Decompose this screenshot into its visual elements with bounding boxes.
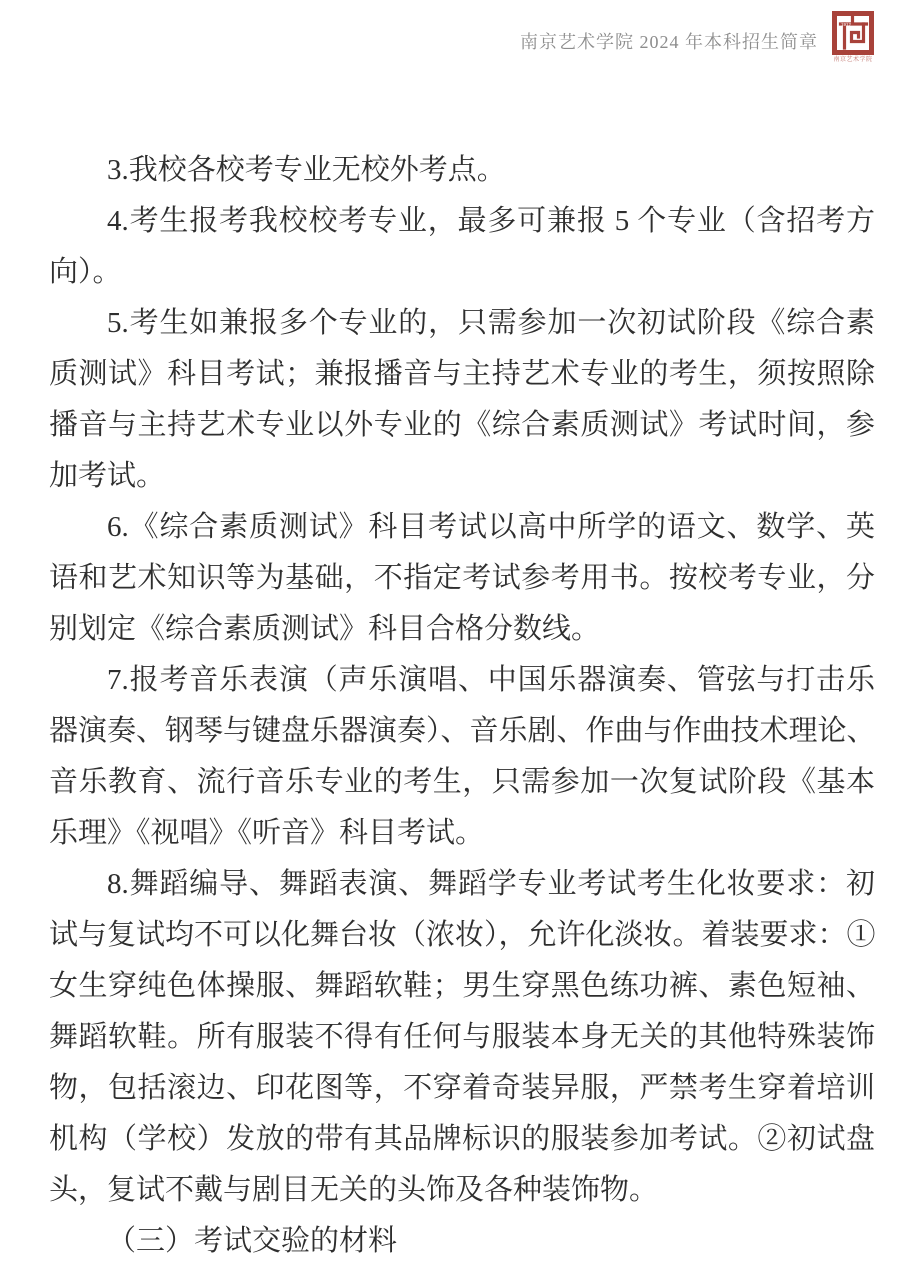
document-page: 南京艺术学院 2024 年本科招生简章 1912 南京艺术学院 3.我校各校考专… <box>0 0 924 1285</box>
text-line: 舞蹈软鞋。所有服装不得有任何与服装本身无关的其他特殊装饰 <box>49 1012 875 1063</box>
university-logo: 1912 南京艺术学院 <box>831 11 875 64</box>
text-line: 女生穿纯色体操服、舞蹈软鞋；男生穿黑色练功裤、素色短袖、 <box>49 961 875 1012</box>
text-line: （三）考试交验的材料 <box>49 1216 875 1267</box>
text-line: 试与复试均不可以化舞台妆（浓妆），允许化淡妆。着装要求：① <box>49 910 875 961</box>
text-line: 6.《综合素质测试》科目考试以高中所学的语文、数学、英 <box>49 502 875 553</box>
text-line: 机构（学校）发放的带有其品牌标识的服装参加考试。②初试盘 <box>49 1114 875 1165</box>
text-line: 音乐教育、流行音乐专业的考生，只需参加一次复试阶段《基本 <box>49 757 875 808</box>
page-header: 南京艺术学院 2024 年本科招生简章 1912 南京艺术学院 <box>520 11 875 64</box>
university-logo-caption: 南京艺术学院 <box>833 56 872 64</box>
text-line: 语和艺术知识等为基础，不指定考试参考用书。按校考专业，分 <box>49 553 875 604</box>
text-line: 加考试。 <box>49 451 875 502</box>
text-line: 3.我校各校考专业无校外考点。 <box>49 145 875 196</box>
text-line: 物，包括滚边、印花图等，不穿着奇装异服，严禁考生穿着培训 <box>49 1063 875 1114</box>
text-line: 4.考生报考我校校考专业，最多可兼报 5 个专业（含招考方 <box>49 196 875 247</box>
university-seal-icon: 1912 <box>832 11 874 55</box>
text-line: 向）。 <box>49 247 875 298</box>
text-line: 7.报考音乐表演（声乐演唱、中国乐器演奏、管弦与打击乐 <box>49 655 875 706</box>
document-body: 3.我校各校考专业无校外考点。4.考生报考我校校考专业，最多可兼报 5 个专业（… <box>49 145 875 1267</box>
text-line: 器演奏、钢琴与键盘乐器演奏）、音乐剧、作曲与作曲技术理论、 <box>49 706 875 757</box>
text-line: 头，复试不戴与剧目无关的头饰及各种装饰物。 <box>49 1165 875 1216</box>
seal-year-text: 1912 <box>841 22 852 27</box>
text-line: 别划定《综合素质测试》科目合格分数线。 <box>49 604 875 655</box>
text-line: 播音与主持艺术专业以外专业的《综合素质测试》考试时间，参 <box>49 400 875 451</box>
text-line: 5.考生如兼报多个专业的，只需参加一次初试阶段《综合素 <box>49 298 875 349</box>
page-header-title: 南京艺术学院 2024 年本科招生简章 <box>520 28 818 54</box>
text-line: 质测试》科目考试；兼报播音与主持艺术专业的考生，须按照除 <box>49 349 875 400</box>
text-line: 8.舞蹈编导、舞蹈表演、舞蹈学专业考试考生化妆要求：初 <box>49 859 875 910</box>
text-line: 乐理》《视唱》《听音》科目考试。 <box>49 808 875 859</box>
